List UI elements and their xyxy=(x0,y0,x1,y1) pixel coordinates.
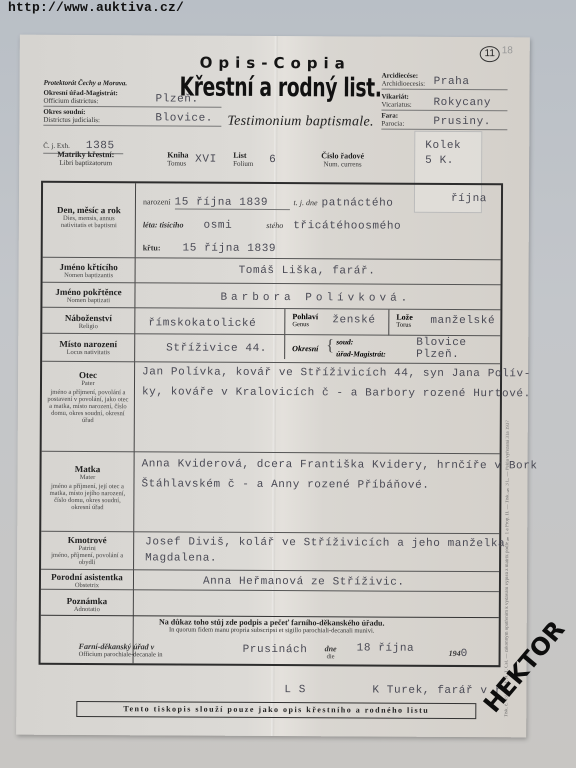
footer-note: Tento tiskopis slouží pouze jako opis kř… xyxy=(76,701,476,719)
attestation-date-label: dne xyxy=(325,645,337,653)
brace: { xyxy=(326,337,334,355)
handwritten-page-number: 11 xyxy=(480,46,500,62)
attestation-date-latin: die xyxy=(325,653,337,661)
row-date: Den, měsíc a rok Dies, mensis, annus nat… xyxy=(43,183,501,259)
mother-line-2: Štáhlavském č - a Anny rozené Příbáňové. xyxy=(141,478,429,492)
row-religion: NáboženstvíReligio římskokatolické Pohla… xyxy=(42,307,500,336)
handwritten-faint-number: 18 xyxy=(502,45,513,56)
parish-office-latin: Officium parochiale-decanale in xyxy=(79,651,163,659)
watermark-url: http://www.auktiva.cz/ xyxy=(8,0,184,15)
born-value: 15 října 1839 xyxy=(174,196,289,210)
baptism-value: 15 října 1839 xyxy=(182,243,276,255)
list-latin: Folium xyxy=(233,160,253,168)
baptized-latin: Nomen baptizati xyxy=(42,297,134,304)
torus-value: manželské xyxy=(430,315,495,327)
row-baptizer: Jméno křtícíhoNomen baptizantis Tomáš Li… xyxy=(43,257,501,285)
parish-field: Fara: Parocia: Prusiny. xyxy=(381,112,507,129)
year-field: 1940 xyxy=(449,643,468,661)
sex-value: ženské xyxy=(332,314,375,326)
year-label: léta: tisícího xyxy=(143,220,184,229)
year-line: léta: tisícího osmi stého třicátéhoosméh… xyxy=(143,214,401,233)
birthplace-label: Místo narození xyxy=(42,339,134,349)
birthplace-value: Stříživice 44. xyxy=(166,342,267,355)
document-title-latin: Testimonium baptismale. xyxy=(227,114,373,131)
baptism-certificate: Protektorát Čechy a Morava. Okresní úřad… xyxy=(16,35,530,738)
mother-label: Matka xyxy=(42,464,134,474)
mother-desc: jméno a příjmení, její otec a matka, mís… xyxy=(41,481,133,511)
certificate-table: Den, měsíc a rok Dies, mensis, annus nat… xyxy=(39,181,504,667)
parish-value: Prusiny. xyxy=(433,116,491,128)
note-label: Poznámka xyxy=(41,596,133,606)
row-birthplace: Místo narozeníLocus nativitatis Stříživi… xyxy=(42,333,500,364)
title-opis-copia: Opis-Copia xyxy=(200,54,351,73)
date-field: dne die xyxy=(325,645,337,661)
midwife-label: Porodní asistentka xyxy=(41,572,133,582)
district-label: Okresní xyxy=(292,344,318,353)
court-label: soud: xyxy=(336,337,353,346)
godparents-label: Kmotrové xyxy=(41,535,133,545)
printer-side-note: Tisk. č. 45/4/48. F. A. T. Čsl. — zákonn… xyxy=(504,277,516,717)
year-suffix: stého xyxy=(266,221,283,230)
matriky-latin: Libri baptizatorum xyxy=(57,159,114,167)
date-label: Den, měsíc a rok xyxy=(43,205,135,215)
court-value: Blovice xyxy=(416,337,466,349)
locus-sigilli: L S xyxy=(284,684,306,696)
exh-label: Č. j. Exh. xyxy=(43,142,70,150)
row-father: Otec Pater jméno a příjmení, povolání a … xyxy=(42,361,500,454)
birth-date-line: narození 15 října 1839 t. j. dne patnáct… xyxy=(143,191,394,210)
stamp-line-2: 5 K. xyxy=(425,155,481,167)
court-district-value: Blovice. xyxy=(155,112,213,124)
protectorate-label: Protektorát Čechy a Morava. xyxy=(44,79,128,87)
archdiocese-value: Praha xyxy=(434,76,470,88)
baptized-label: Jméno pokřtěnce xyxy=(42,287,134,297)
date-latin: Dies, mensis, annus nativitatis et bapti… xyxy=(43,215,135,229)
attestation-date-value: 18 října xyxy=(357,642,415,654)
row-note: PoznámkaAdnotatio xyxy=(41,589,499,618)
birthplace-latin: Locus nativitatis xyxy=(42,349,134,356)
kniha-latin: Tomus xyxy=(167,159,188,167)
document-title: Křestní a rodný list. xyxy=(179,73,381,104)
religion-label: Náboženství xyxy=(42,313,134,323)
kniha-field: Kniha Tomus XVI xyxy=(167,151,188,167)
row-mother: Matka Mater jméno a příjmení, její otec … xyxy=(41,451,499,534)
baptized-value: Barbora Polívková. xyxy=(220,292,411,305)
midwife-value: Anna Heřmanová ze Stříživic. xyxy=(203,576,405,589)
father-desc: jméno a příjmení, povolání a postavení v… xyxy=(42,387,134,424)
list-field: List Folium 6 xyxy=(233,152,253,168)
parish-office-field: Farní-děkanský úřad v Officium parochial… xyxy=(79,643,163,659)
kniha-value: XVI xyxy=(195,154,217,166)
godparents-desc: jméno, příjmení, povolání a obydlí xyxy=(41,552,133,566)
father-line-2: ky, kováře v Kralovicích č - a Barbory r… xyxy=(142,386,531,400)
father-line-1: Jan Polívka, kovář ve Stříživicích 44, s… xyxy=(142,366,531,380)
godparents-line-1: Josef Diviš, kolář ve Stříživicích a jeh… xyxy=(145,536,505,550)
baptism-date-line: křtu: 15 října 1839 xyxy=(143,237,276,256)
mother-line-1: Anna Kviderová, dcera Františka Kvidery,… xyxy=(142,458,538,472)
tj-label: t. j. dne xyxy=(293,198,317,207)
attestation-latin: In quorum fidem manu propria subscripsi … xyxy=(107,626,437,636)
baptizer-latin: Nomen baptizantis xyxy=(43,272,135,279)
office-value: Plzeň. xyxy=(416,349,459,361)
religion-latin: Religio xyxy=(42,323,134,330)
underline xyxy=(43,125,221,127)
underline xyxy=(382,89,508,91)
divider xyxy=(388,310,389,336)
row-godparents: Kmotrové Patrini jméno, příjmení, povolá… xyxy=(41,531,499,572)
attestation-text: Na důkaz toho stůj zde podpis a pečeť fa… xyxy=(107,618,437,636)
vicariate-value: Rokycany xyxy=(433,97,491,109)
sex-latin: Genus xyxy=(292,321,318,328)
father-label: Otec xyxy=(42,370,134,380)
cislo-latin: Num. currens xyxy=(321,160,364,168)
cislo-field: Číslo řadové Num. currens xyxy=(321,152,364,168)
year-value: 0 xyxy=(461,648,468,660)
year-prefix: 194 xyxy=(449,649,461,658)
vicariate-field: Vikariát: Vicariatus: Rokycany xyxy=(381,93,507,110)
sex-label: Pohlaví xyxy=(292,312,318,321)
year-words-1: osmi xyxy=(203,220,232,232)
list-label: List xyxy=(233,152,253,160)
baptizer-value: Tomáš Liška, farář. xyxy=(239,265,376,278)
baptism-label: křtu: xyxy=(143,243,161,252)
parish-office-value: Prusinách xyxy=(243,644,308,656)
note-latin: Adnotatio xyxy=(41,606,133,613)
kniha-label: Kniha xyxy=(167,151,188,159)
office-label: úřad-Magistrát: xyxy=(336,349,386,358)
stamp-line-1: Kolek xyxy=(425,140,481,152)
row-baptized: Jméno pokřtěnceNomen baptizati Barbora P… xyxy=(42,282,500,310)
cislo-label: Číslo řadové xyxy=(321,152,364,160)
day-words: patnáctého xyxy=(321,197,393,209)
torus-label: Lože xyxy=(396,313,412,322)
month-word: října xyxy=(451,193,487,205)
baptizer-label: Jméno křtícího xyxy=(43,262,135,272)
court-district-field: Okres soudní: Districtus judicialis: Blo… xyxy=(43,108,221,125)
matriky-field: Matriky křestní: Libri baptizatorum xyxy=(57,151,114,167)
born-label: narození xyxy=(143,197,171,206)
list-value: 6 xyxy=(269,154,276,166)
matriky-label: Matriky křestní: xyxy=(57,151,114,159)
torus-latin: Torus xyxy=(396,322,412,329)
religion-value: římskokatolické xyxy=(148,317,256,330)
year-words-2: třicátéhoosmého xyxy=(293,220,401,233)
archdiocese-field: Arcidiecése: Archidioecesis: Praha xyxy=(382,72,508,89)
godparents-line-2: Magdalena. xyxy=(145,552,217,564)
